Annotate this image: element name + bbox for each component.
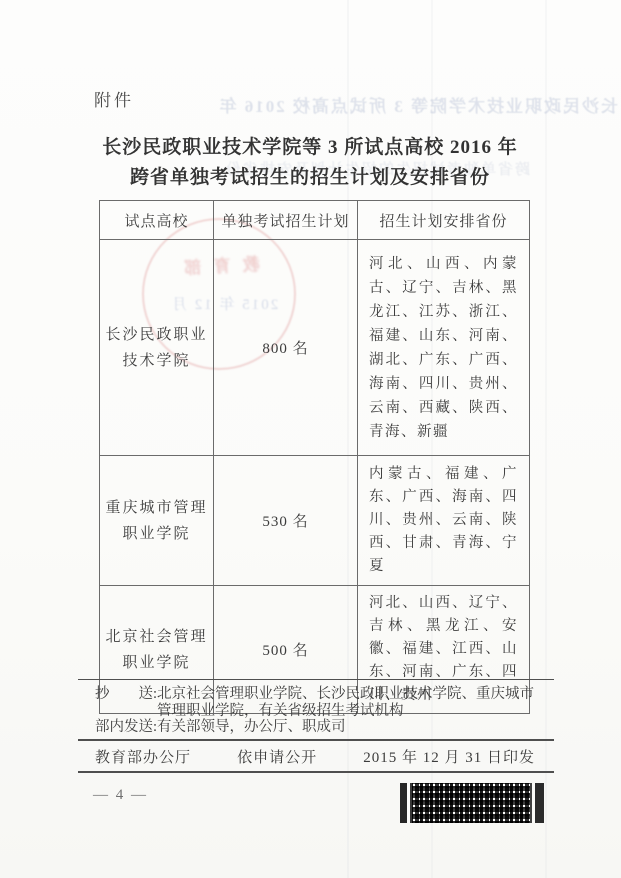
table-row: 重庆城市管理 职业学院 530 名 内蒙古、福建、广东、广西、海南、四川、贵州、… [100,456,530,586]
print-date: 2015 年 12 月 31 日印发 [363,746,535,767]
admission-plan-table: 试点高校 单独考试招生计划 招生计划安排省份 长沙民政职业 技术学院 800 名… [99,200,530,714]
table-row: 长沙民政职业 技术学院 800 名 河北、山西、内蒙古、辽宁、吉林、黑龙江、江苏… [100,240,530,456]
divider-line [78,771,554,773]
internal-send-label: 部内发送: [95,719,157,736]
distribution-block: 抄 送: 北京社会管理职业学院、长沙民政职业技术学院、重庆城市管理职业学院，有关… [95,686,547,736]
internal-send-recipients: 有关部领导，办公厅、职成司 [157,719,547,736]
cc-label: 抄 送: [95,686,157,719]
bleed-through-text-top: 长沙民政职业技术学院等 3 所试点高校 2016 年 [62,92,618,117]
plan-quota: 800 名 [214,240,358,456]
header-exam-plan: 单独考试招生计划 [214,201,358,240]
college-name: 重庆城市管理 职业学院 [100,456,214,586]
document-title-line2: 跨省单独考试招生的招生计划及安排省份 [60,163,560,193]
divider-line [78,739,554,741]
college-name: 长沙民政职业 技术学院 [100,240,214,456]
province-list: 河北、山西、内蒙古、辽宁、吉林、黑龙江、江苏、浙江、福建、山东、河南、湖北、广东… [358,240,530,456]
disclosure-type: 依申请公开 [237,746,317,767]
internal-send-row: 部内发送: 有关部领导，办公厅、职成司 [95,719,547,736]
header-pilot-college: 试点高校 [100,201,214,240]
document-title: 长沙民政职业技术学院等 3 所试点高校 2016 年 跨省单独考试招生的招生计划… [60,133,560,193]
cc-recipients: 北京社会管理职业学院、长沙民政职业技术学院、重庆城市管理职业学院，有关省级招生考… [157,686,547,719]
issuing-office: 教育部办公厅 [95,746,191,767]
plan-quota: 530 名 [214,456,358,586]
document-barcode [400,783,544,823]
page-number: — 4 — [93,787,148,804]
attachment-label: 附件 [94,86,134,111]
scanned-document-page: 长沙民政职业技术学院等 3 所试点高校 2016 年 跨省单独考试招生的招生计划… [0,0,621,878]
document-title-line1: 长沙民政职业技术学院等 3 所试点高校 2016 年 [60,133,560,163]
publication-row: 教育部办公厅 依申请公开 2015 年 12 月 31 日印发 [95,746,535,767]
table-header-row: 试点高校 单独考试招生计划 招生计划安排省份 [100,201,530,240]
header-provinces: 招生计划安排省份 [358,201,530,240]
province-list: 内蒙古、福建、广东、广西、海南、四川、贵州、云南、陕西、甘肃、青海、宁夏 [358,456,530,586]
divider-line [78,679,554,680]
cc-row: 抄 送: 北京社会管理职业学院、长沙民政职业技术学院、重庆城市管理职业学院，有关… [95,686,547,719]
